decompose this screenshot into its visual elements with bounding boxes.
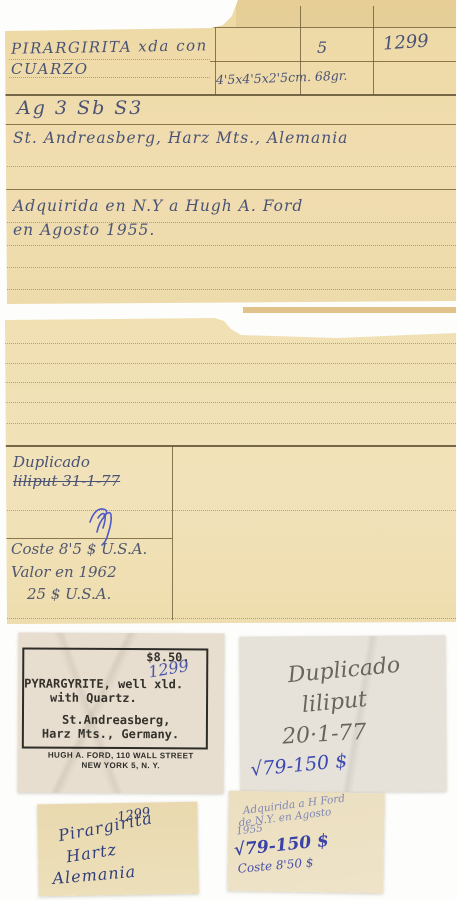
ruled-line [5, 166, 456, 167]
acquisition-year: 1955 [236, 823, 264, 837]
cost-note: Coste 8'5 $ U.S.A. [11, 542, 147, 557]
grid-line [210, 61, 456, 62]
mineral-name-line1: PIRARGIRITA xda con [11, 38, 208, 56]
price-code: √79-150 $ [250, 752, 348, 780]
ruled-line [5, 267, 456, 268]
card-tab [236, 0, 456, 27]
column-value: 5 [317, 40, 327, 56]
ruled-line [5, 245, 456, 246]
price-code: √79-150 $ [233, 833, 329, 860]
mineral-name: Pirargirita [57, 810, 154, 844]
index-card-front: PIRARGIRITA xda con CUARZO 5 1299 4'5x4'… [5, 0, 456, 306]
scanned-catalog-page: PIRARGIRITA xda con CUARZO 5 1299 4'5x4'… [0, 0, 457, 900]
index-card-back: Duplicado liliput 31-1-77 Coste 8'5 $ U.… [5, 309, 456, 626]
region: Hartz [65, 842, 118, 866]
acquisition-line2: en Agosto 1955. [13, 223, 155, 239]
acquisition-line1: Adquirida en N.Y a Hugh A. Ford [13, 199, 303, 215]
duplicate-note-label: Duplicado liliput 20·1-77 √79-150 $ [239, 635, 446, 792]
ruled-line [5, 402, 456, 403]
ruled-line [5, 382, 456, 383]
printed-dealer-label: $8.50. 1299 PYRARGYRITE, well xld. with … [18, 632, 225, 793]
grid-line [373, 6, 374, 95]
dealer-address-line2: NEW YORK 5, N. Y. [18, 761, 224, 770]
locality: St. Andreasberg, Harz Mts., Alemania [13, 131, 348, 147]
small-name-label: 1299 Pirargirita Hartz Alemania [37, 802, 199, 897]
ruled-line [5, 363, 456, 364]
mineral-name-line2: with Quartz. [50, 692, 137, 704]
ruled-line [5, 289, 456, 290]
chemical-formula: Ag 3 Sb S3 [17, 99, 143, 118]
country: Alemania [52, 864, 137, 887]
catalog-number: 1299 [382, 32, 429, 53]
grid-line [210, 27, 456, 28]
ruled-line [5, 189, 456, 190]
value-note-line1: Valor en 1962 [11, 565, 117, 580]
mineral-name-line1: PYRARGYRITE, well xld. [24, 677, 183, 690]
ruled-line [5, 343, 456, 344]
locality-line1: St.Andreasberg, [62, 714, 170, 727]
duplicate-note-line2: liliput 31-1-77 [13, 474, 120, 489]
value-note-line2: 25 $ U.S.A. [27, 587, 111, 602]
card-edge-behind [243, 307, 456, 313]
duplicate-date: 20·1-77 [282, 722, 368, 749]
ruled-line [5, 510, 456, 511]
duplicate-line2: liliput [301, 689, 368, 717]
duplicate-note-line1: Duplicado [13, 455, 90, 470]
mineral-name-line2: CUARZO [11, 62, 89, 77]
ruled-line [5, 618, 456, 619]
acquisition-note-label: Adquirida a H Ford de N.Y. en Agosto 195… [227, 791, 385, 894]
grid-line [5, 94, 456, 96]
size-weight: 4'5x4'5x2'5cm. 68gr. [216, 70, 348, 87]
ruled-line [5, 445, 456, 447]
ruled-line [5, 423, 456, 424]
column-divider [172, 445, 173, 620]
ruled-line [5, 124, 456, 125]
locality-line2: Harz Mts., Germany. [42, 728, 179, 741]
duplicate-line1: Duplicado [287, 655, 401, 688]
dealer-address-line1: HUGH A. FORD, 110 WALL STREET [18, 751, 224, 760]
